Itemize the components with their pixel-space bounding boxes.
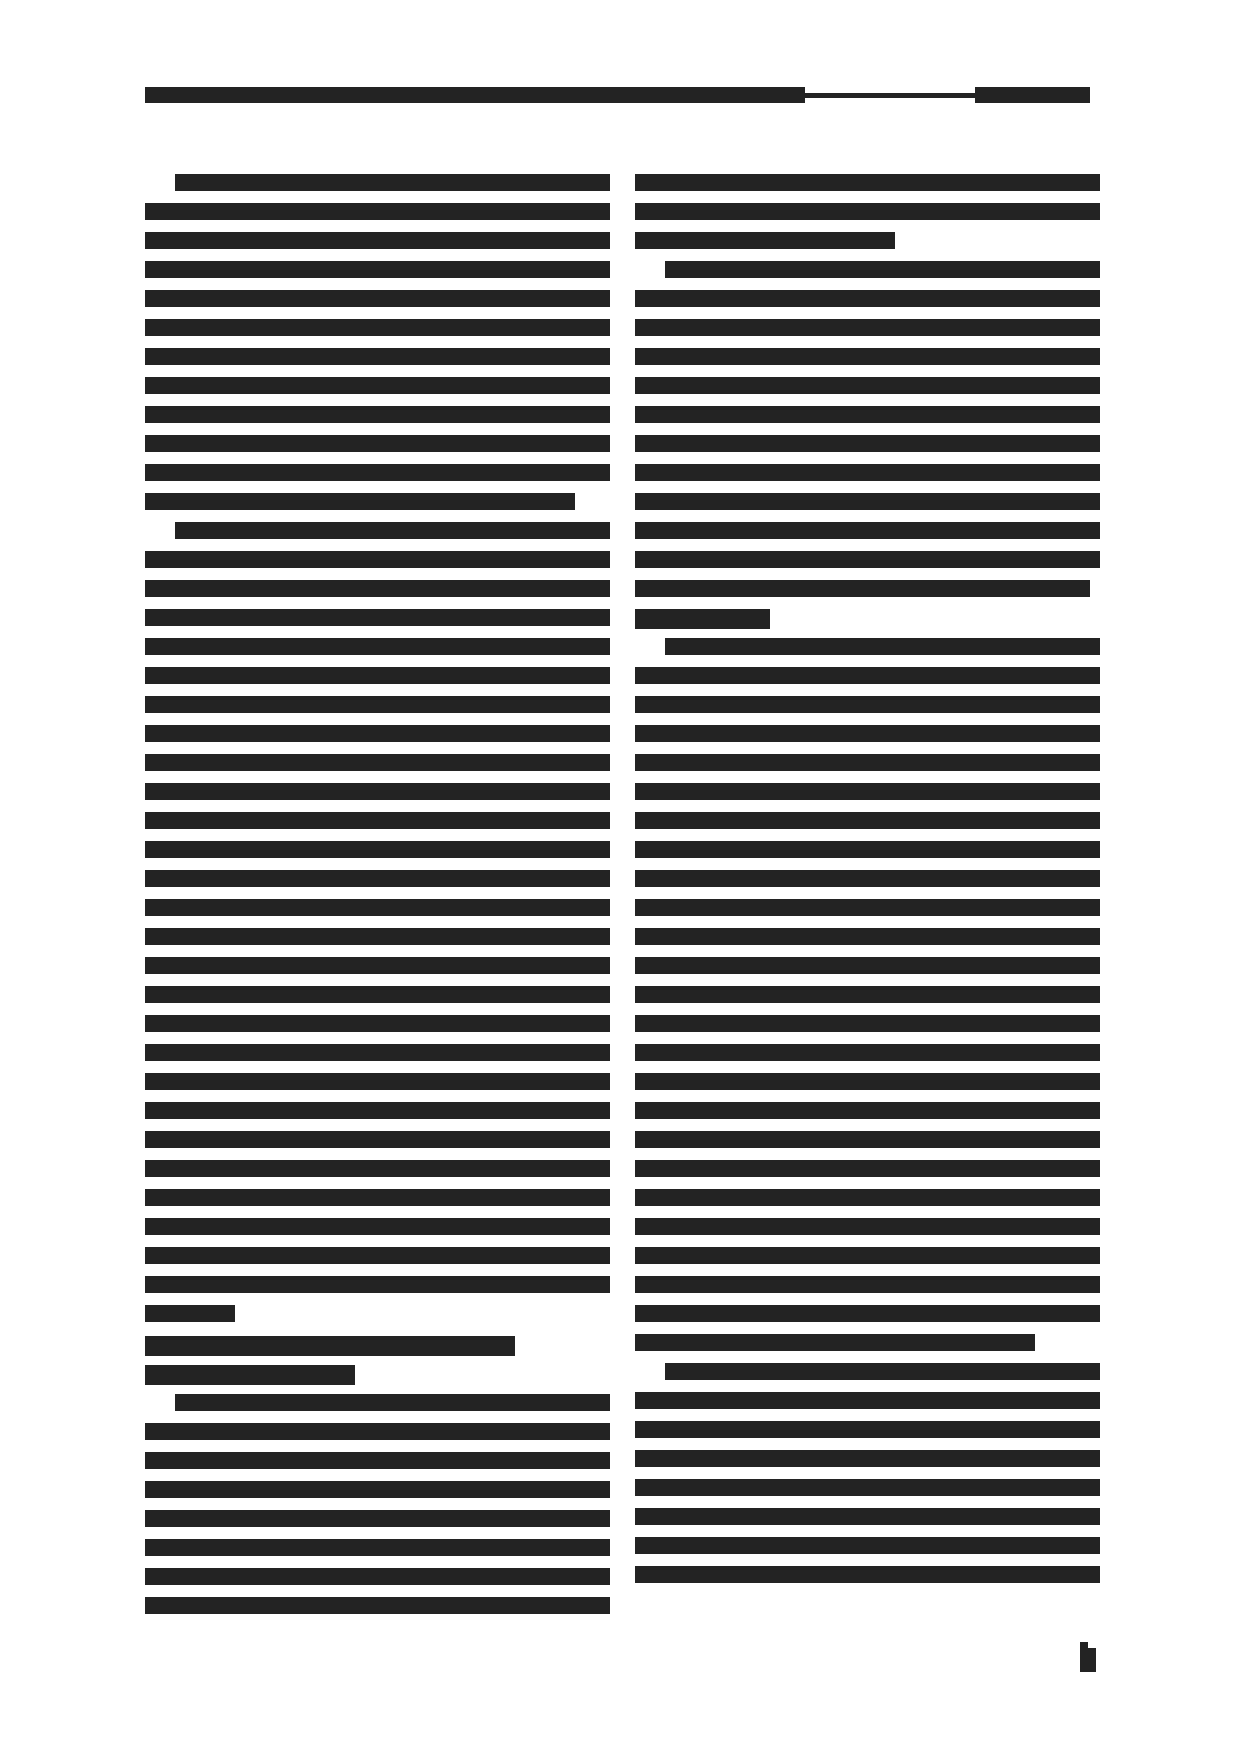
text-line [635, 783, 1100, 800]
text-line [635, 493, 1100, 510]
page-number [1080, 1648, 1096, 1672]
text-line [145, 1597, 610, 1614]
text-line [145, 377, 610, 394]
text-line [145, 1276, 610, 1293]
text-line [145, 638, 610, 655]
text-line [145, 261, 610, 278]
text-line [145, 1044, 610, 1061]
text-line [635, 290, 1100, 307]
header-title-left [145, 87, 805, 103]
text-line [145, 435, 610, 452]
text-line [635, 638, 1100, 655]
text-line [635, 1421, 1100, 1438]
text-line [635, 232, 1100, 249]
text-line [635, 957, 1100, 974]
text-line [635, 870, 1100, 887]
text-line [145, 986, 610, 1003]
text-line [635, 1363, 1100, 1380]
header-title-right [975, 87, 1090, 103]
text-line [145, 1247, 610, 1264]
text-line [635, 1073, 1100, 1090]
text-line [635, 174, 1100, 191]
text-line [145, 841, 610, 858]
text-line [145, 1015, 610, 1032]
text-line [635, 464, 1100, 481]
text-line [635, 696, 1100, 713]
text-line [635, 522, 1100, 539]
text-line [145, 783, 610, 800]
text-line [635, 203, 1100, 220]
text-line [635, 1160, 1100, 1177]
text-line [145, 232, 610, 249]
text-line [145, 928, 610, 945]
text-line [145, 870, 610, 887]
text-line [145, 957, 610, 974]
text-line [145, 1102, 610, 1119]
text-line [145, 580, 610, 597]
text-line [635, 1450, 1100, 1467]
text-line [145, 290, 610, 307]
text-line [145, 551, 610, 568]
text-line [145, 1218, 610, 1235]
text-line [635, 348, 1100, 365]
text-line [145, 754, 610, 771]
text-line [145, 319, 610, 336]
text-line [635, 1218, 1100, 1235]
text-line [635, 812, 1100, 829]
text-line [145, 522, 610, 539]
text-line [635, 551, 1100, 568]
text-line [145, 899, 610, 916]
left-column [145, 174, 610, 1626]
text-line [635, 377, 1100, 394]
text-line [635, 1508, 1100, 1525]
text-line [635, 435, 1100, 452]
section-heading [145, 1365, 610, 1382]
text-line [145, 1481, 610, 1498]
text-line [635, 754, 1100, 771]
text-line [145, 725, 610, 742]
text-line [635, 928, 1100, 945]
text-line [145, 1305, 610, 1322]
text-line [145, 203, 610, 220]
section-heading [145, 1336, 610, 1353]
text-line [635, 1189, 1100, 1206]
text-line [145, 696, 610, 713]
text-line [635, 725, 1100, 742]
right-column [635, 174, 1100, 1595]
text-line [145, 1073, 610, 1090]
text-line [145, 1539, 610, 1556]
text-line [635, 319, 1100, 336]
text-line [635, 1044, 1100, 1061]
text-line [145, 1394, 610, 1411]
text-line [635, 406, 1100, 423]
text-line [635, 580, 1100, 597]
text-line [145, 348, 610, 365]
text-line [145, 464, 610, 481]
text-line [635, 1102, 1100, 1119]
text-line [635, 1566, 1100, 1583]
text-line [145, 667, 610, 684]
text-line [145, 406, 610, 423]
text-line [145, 1160, 610, 1177]
text-line [145, 1189, 610, 1206]
running-header [145, 87, 1090, 105]
text-line [635, 667, 1100, 684]
text-line [635, 1537, 1100, 1554]
header-rule [805, 93, 975, 98]
text-line [635, 1276, 1100, 1293]
text-line [145, 609, 610, 626]
text-line [635, 841, 1100, 858]
section-heading [635, 609, 1100, 626]
text-line [145, 1510, 610, 1527]
text-line [635, 1305, 1100, 1322]
text-line [145, 174, 610, 191]
text-line [635, 1015, 1100, 1032]
text-line [145, 1568, 610, 1585]
text-line [145, 1452, 610, 1469]
text-line [635, 899, 1100, 916]
text-line [145, 1423, 610, 1440]
text-line [635, 1479, 1100, 1496]
text-line [635, 1392, 1100, 1409]
text-line [635, 1334, 1100, 1351]
text-line [145, 1131, 610, 1148]
text-line [635, 261, 1100, 278]
text-line [145, 812, 610, 829]
text-line [635, 1247, 1100, 1264]
text-line [145, 493, 610, 510]
text-line [635, 1131, 1100, 1148]
text-line [635, 986, 1100, 1003]
